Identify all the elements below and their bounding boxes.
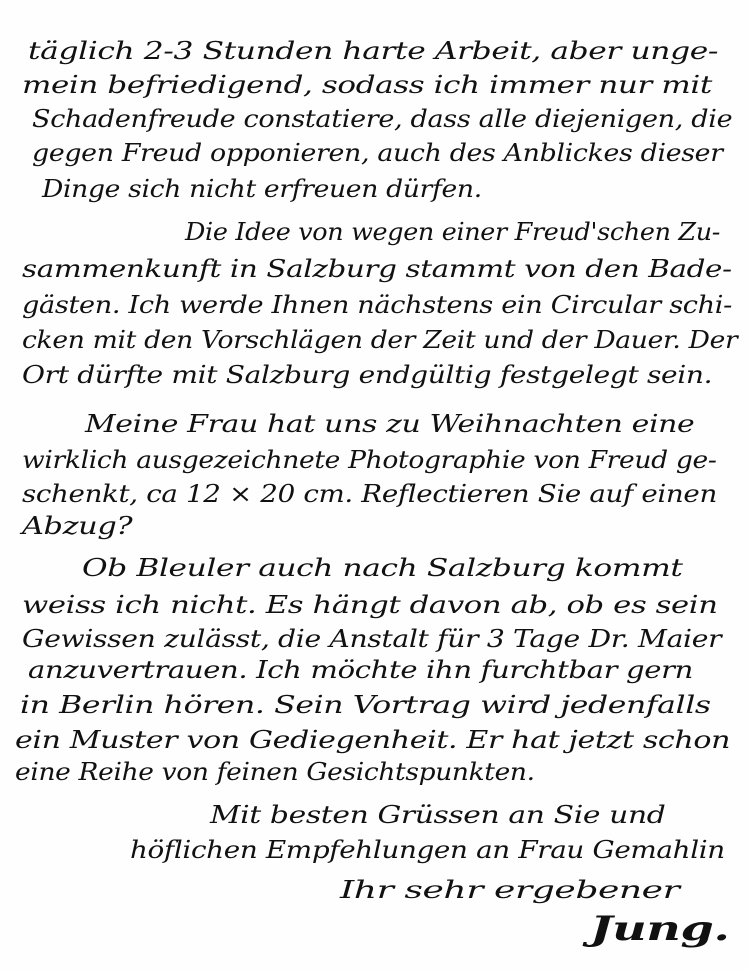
- letter-line-3: Schadenfreude constatiere, dass alle die…: [32, 104, 732, 134]
- letter-line-16: weiss ich nicht. Es hängt davon ab, ob e…: [22, 590, 718, 620]
- letter-line-4: gegen Freud opponieren, auch des Anblick…: [32, 138, 723, 168]
- closing-line-2: höflichen Empfehlungen an Frau Gemahlin: [130, 835, 725, 865]
- letter-line-14: Abzug?: [22, 511, 132, 541]
- letter-line-2: mein befriedigend, sodass ich immer nur …: [22, 70, 712, 100]
- letter-line-15: Ob Bleuler auch nach Salzburg kommt: [82, 553, 683, 583]
- letter-page: täglich 2-3 Stunden harte Arbeit, aber u…: [0, 0, 748, 971]
- letter-line-19: in Berlin hören. Sein Vortrag wird jeden…: [20, 690, 711, 720]
- letter-line-20: ein Muster von Gediegenheit. Er hat jetz…: [15, 725, 730, 755]
- letter-line-12: wirklich ausgezeichnete Photographie von…: [22, 445, 716, 475]
- letter-line-5: Dinge sich nicht erfreuen dürfen.: [42, 174, 482, 204]
- letter-line-9: cken mit den Vorschlägen der Zeit und de…: [22, 325, 737, 355]
- letter-line-13: schenkt, ca 12 × 20 cm. Reflectieren Sie…: [22, 479, 717, 509]
- letter-line-10: Ort dürfte mit Salzburg endgültig festge…: [22, 360, 712, 390]
- letter-line-18: anzuvertrauen. Ich möchte ihn furchtbar …: [28, 655, 693, 685]
- valediction: Ihr sehr ergebener: [340, 875, 679, 905]
- letter-line-11: Meine Frau hat uns zu Weihnachten eine: [85, 409, 694, 439]
- closing-line-1: Mit besten Grüssen an Sie und: [210, 800, 665, 830]
- letter-line-1: täglich 2-3 Stunden harte Arbeit, aber u…: [28, 36, 718, 66]
- letter-line-21: eine Reihe von feinen Gesichtspunkten.: [15, 757, 535, 787]
- letter-line-7: sammenkunft in Salzburg stammt von den B…: [22, 254, 732, 284]
- signature: Jung.: [590, 914, 729, 944]
- letter-line-6: Die Idee von wegen einer Freud'schen Zu-: [185, 217, 720, 247]
- letter-line-17: Gewissen zulässt, die Anstalt für 3 Tage…: [22, 624, 721, 654]
- letter-line-8: gästen. Ich werde Ihnen nächstens ein Ci…: [22, 290, 732, 320]
